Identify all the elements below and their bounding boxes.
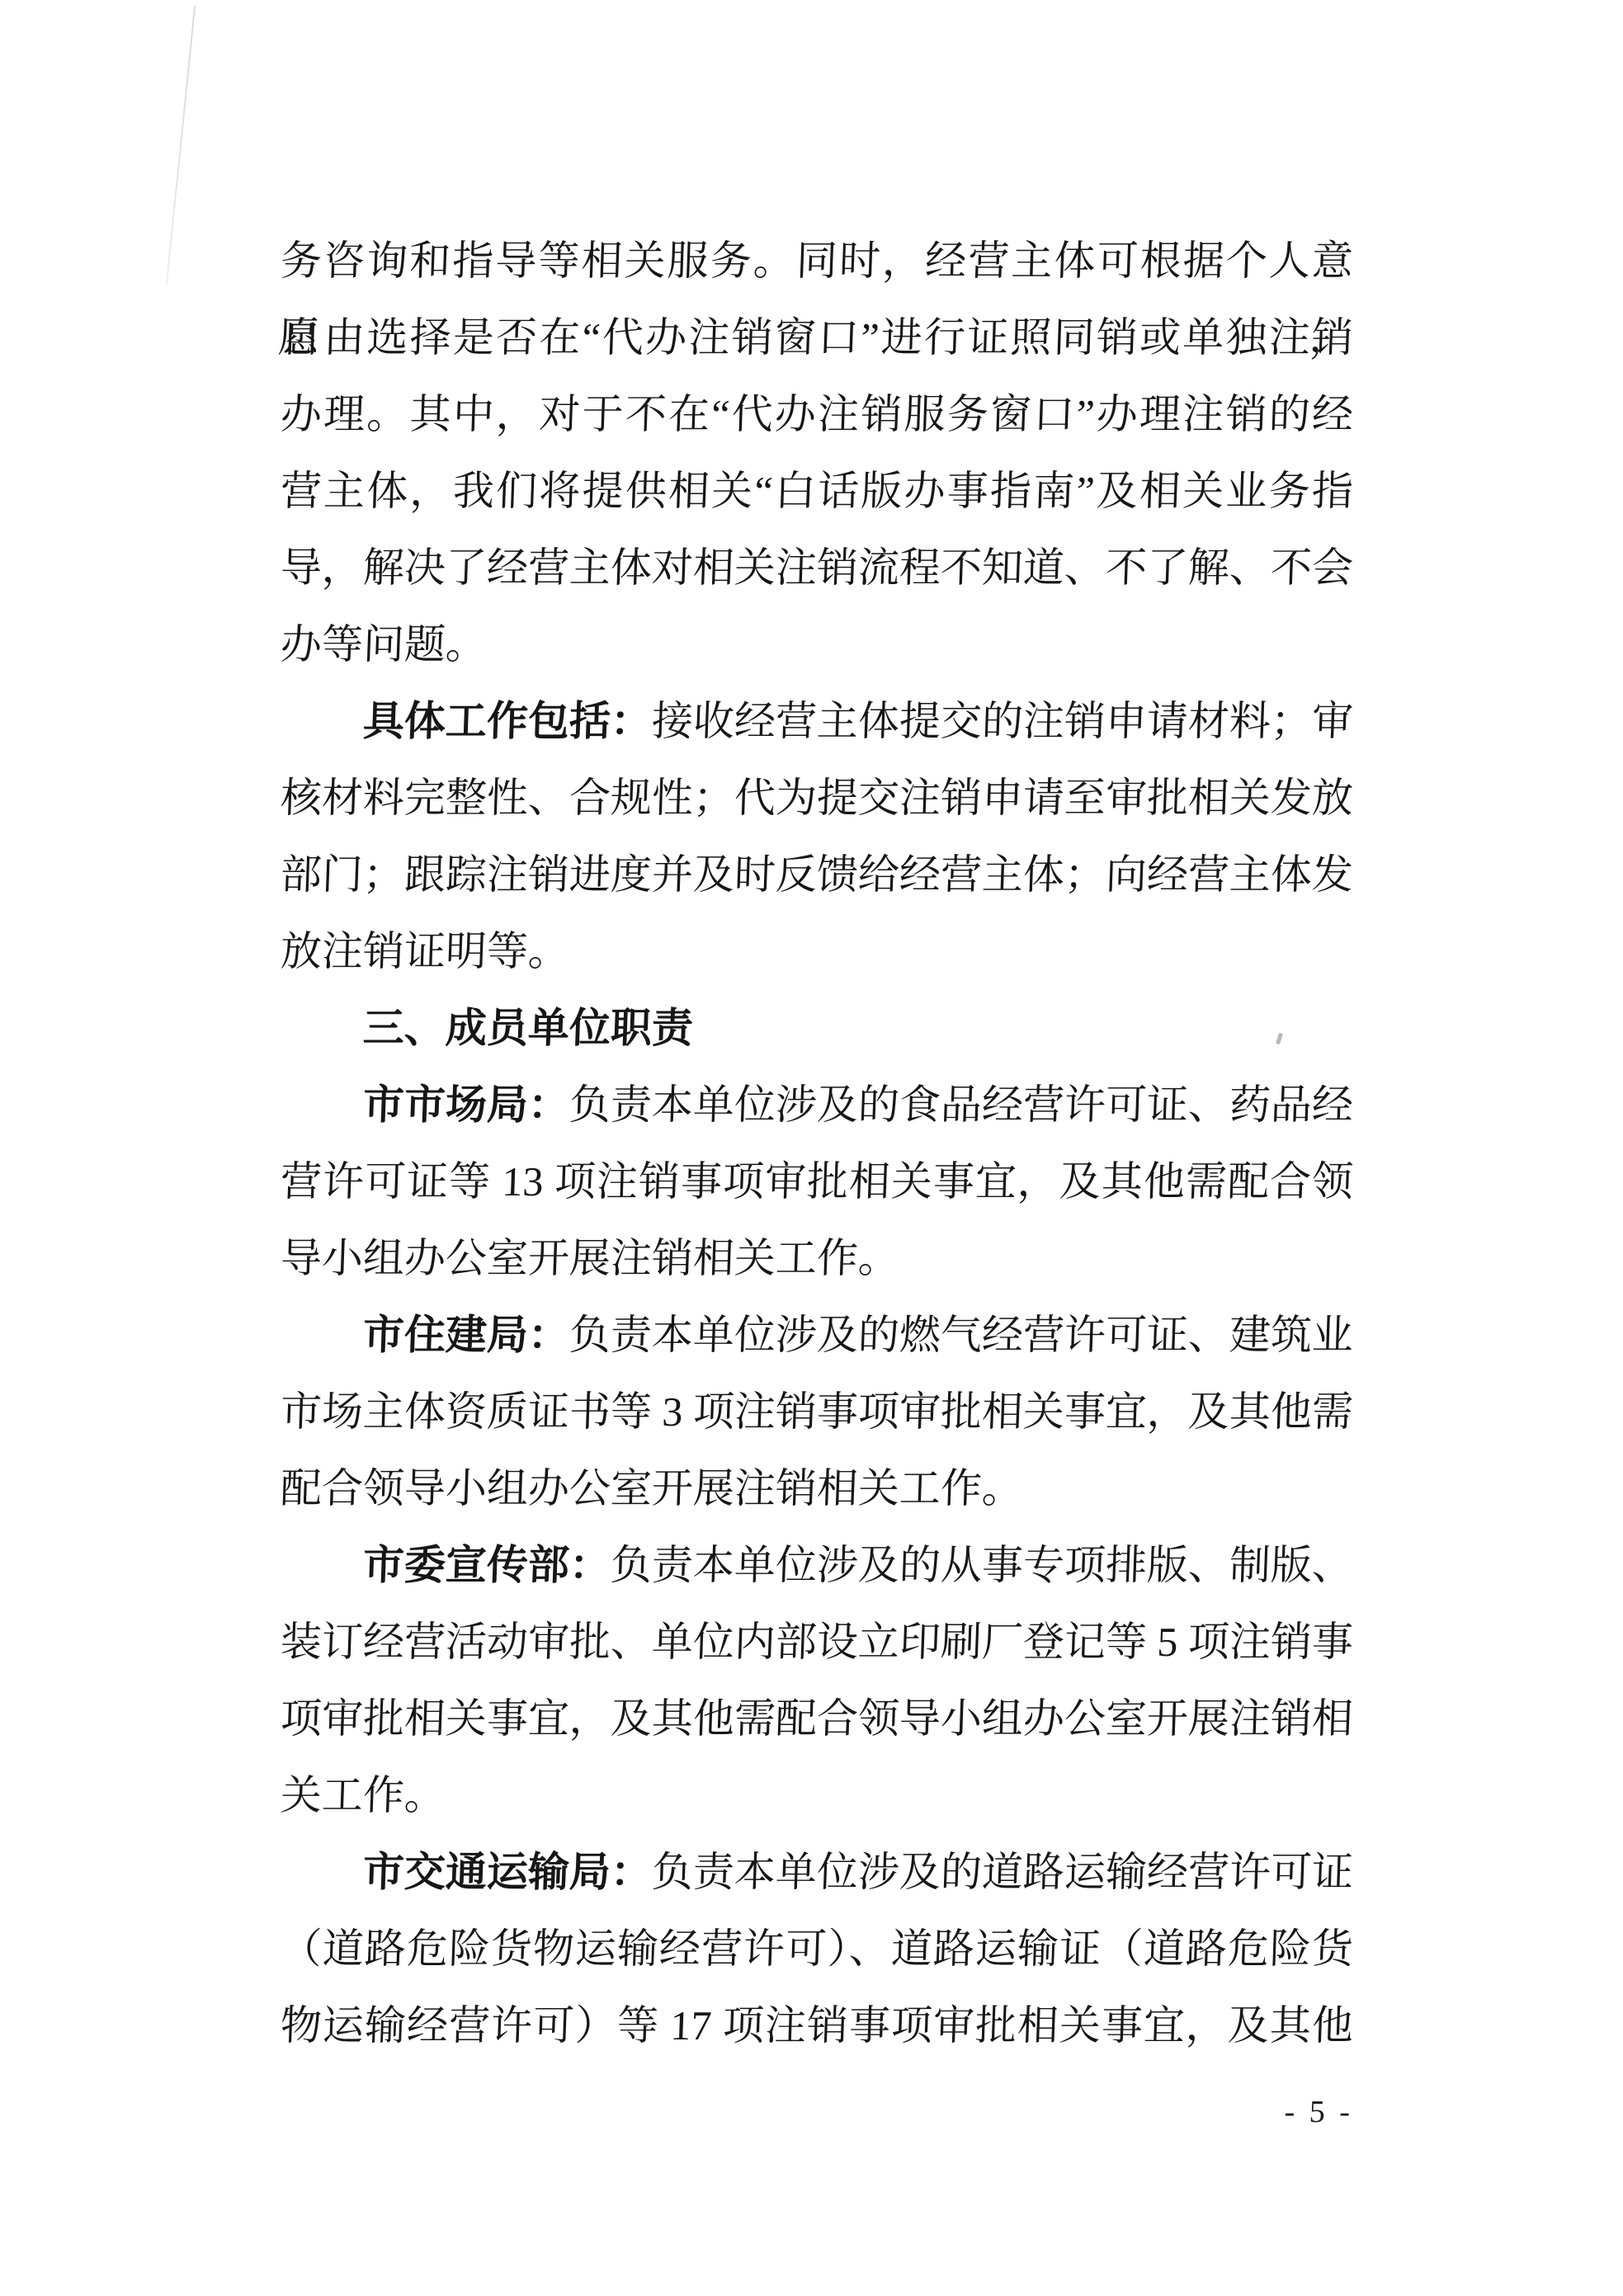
text-line: 市委宣传部：负责本单位涉及的从事专项排版、制版、: [279, 1527, 1354, 1604]
bold-run: 市委宣传部：: [362, 1542, 611, 1588]
text-line: 办等问题。: [279, 606, 1354, 683]
text-run: 配合领导小组办公室开展注销相关工作。: [280, 1465, 1024, 1511]
text-line: 营许可证等 13 项注销事项审批相关事宜，及其他需配合领: [279, 1143, 1354, 1220]
document-page: 务咨询和指导等相关服务。同时，经营主体可根据个人意愿，自由选择是否在“代办注销窗…: [0, 0, 1623, 2296]
text-run: 核材料完整性、合规性；代为提交注销申请至审批相关发放: [280, 775, 1354, 821]
text-line: 自由选择是否在“代办注销窗口”进行证照同销或单独注销: [279, 299, 1354, 376]
text-run: 放注销证明等。: [280, 928, 570, 974]
text-run: 办等问题。: [280, 621, 488, 667]
text-line: 市场主体资质证书等 3 项注销事项审批相关事宜，及其他需: [279, 1374, 1354, 1450]
text-line: 市住建局：负责本单位涉及的燃气经营许可证、建筑业: [279, 1297, 1354, 1374]
bold-run: 市交通运输局：: [362, 1849, 653, 1895]
text-run: 自由选择是否在“代办注销窗口”进行证照同销或单独注销: [280, 314, 1354, 361]
text-line: 务咨询和指导等相关服务。同时，经营主体可根据个人意愿，: [279, 223, 1354, 299]
text-run: 负责本单位涉及的道路运输经营许可证: [651, 1849, 1354, 1895]
scan-scratch-artifact: [166, 6, 196, 285]
text-line: 放注销证明等。: [279, 913, 1354, 990]
text-line: 配合领导小组办公室开展注销相关工作。: [279, 1450, 1354, 1527]
text-run: 营许可证等 13 项注销事项审批相关事宜，及其他需配合领: [280, 1158, 1354, 1205]
text-run: 市场主体资质证书等 3 项注销事项审批相关事宜，及其他需: [280, 1388, 1354, 1435]
text-line: 项审批相关事宜，及其他需配合领导小组办公室开展注销相: [279, 1681, 1354, 1757]
text-line: 办理。其中，对于不在“代办注销服务窗口”办理注销的经: [279, 376, 1354, 453]
document-body: 务咨询和指导等相关服务。同时，经营主体可根据个人意愿，自由选择是否在“代办注销窗…: [281, 223, 1353, 2064]
text-line: 三、成员单位职责: [279, 990, 1354, 1067]
text-run: 办理。其中，对于不在“代办注销服务窗口”办理注销的经: [280, 391, 1354, 437]
text-line: 导小组办公室开展注销相关工作。: [279, 1220, 1354, 1297]
bold-run: 三、成员单位职责: [362, 1005, 694, 1051]
text-line: 导，解决了经营主体对相关注销流程不知道、不了解、不会: [279, 530, 1354, 606]
text-run: 负责本单位涉及的食品经营许可证、药品经: [569, 1082, 1354, 1128]
text-run: 部门；跟踪注销进度并及时反馈给经营主体；向经营主体发: [280, 851, 1354, 898]
text-run: 营主体，我们将提供相关“白话版办事指南”及相关业务指: [280, 468, 1354, 514]
text-run: 导小组办公室开展注销相关工作。: [280, 1235, 900, 1281]
text-run: 负责本单位涉及的燃气经营许可证、建筑业: [569, 1312, 1354, 1358]
text-run: （道路危险货物运输经营许可）、道路运输证（道路危险货: [280, 1926, 1354, 1972]
text-run: 关工作。: [280, 1772, 446, 1818]
bold-run: 市市场局：: [362, 1082, 570, 1128]
text-line: 具体工作包括：接收经营主体提交的注销申请材料；审: [279, 683, 1354, 760]
text-line: 营主体，我们将提供相关“白话版办事指南”及相关业务指: [279, 453, 1354, 530]
text-run: 负责本单位涉及的从事专项排版、制版、: [610, 1542, 1354, 1588]
text-line: 关工作。: [279, 1757, 1354, 1834]
text-line: 市交通运输局：负责本单位涉及的道路运输经营许可证: [279, 1834, 1354, 1911]
bold-run: 具体工作包括：: [362, 698, 653, 744]
text-line: 市市场局：负责本单位涉及的食品经营许可证、药品经: [279, 1067, 1354, 1143]
text-line: 装订经营活动审批、单位内部设立印刷厂登记等 5 项注销事: [279, 1604, 1354, 1681]
text-run: 物运输经营许可）等 17 项注销事项审批相关事宜，及其他: [280, 2002, 1354, 2048]
text-run: 装订经营活动审批、单位内部设立印刷厂登记等 5 项注销事: [280, 1619, 1354, 1665]
text-line: 部门；跟踪注销进度并及时反馈给经营主体；向经营主体发: [279, 837, 1354, 913]
text-run: 导，解决了经营主体对相关注销流程不知道、不了解、不会: [280, 545, 1354, 591]
text-line: 核材料完整性、合规性；代为提交注销申请至审批相关发放: [279, 760, 1354, 837]
text-line: 物运输经营许可）等 17 项注销事项审批相关事宜，及其他: [279, 1987, 1354, 2064]
page-number: - 5 -: [280, 2094, 1354, 2130]
text-run: 项审批相关事宜，及其他需配合领导小组办公室开展注销相: [280, 1695, 1354, 1742]
bold-run: 市住建局：: [362, 1312, 570, 1358]
text-line: （道路危险货物运输经营许可）、道路运输证（道路危险货: [279, 1911, 1354, 1987]
text-lines: 务咨询和指导等相关服务。同时，经营主体可根据个人意愿，自由选择是否在“代办注销窗…: [281, 223, 1353, 2064]
text-run: 接收经营主体提交的注销申请材料；审: [651, 698, 1354, 744]
